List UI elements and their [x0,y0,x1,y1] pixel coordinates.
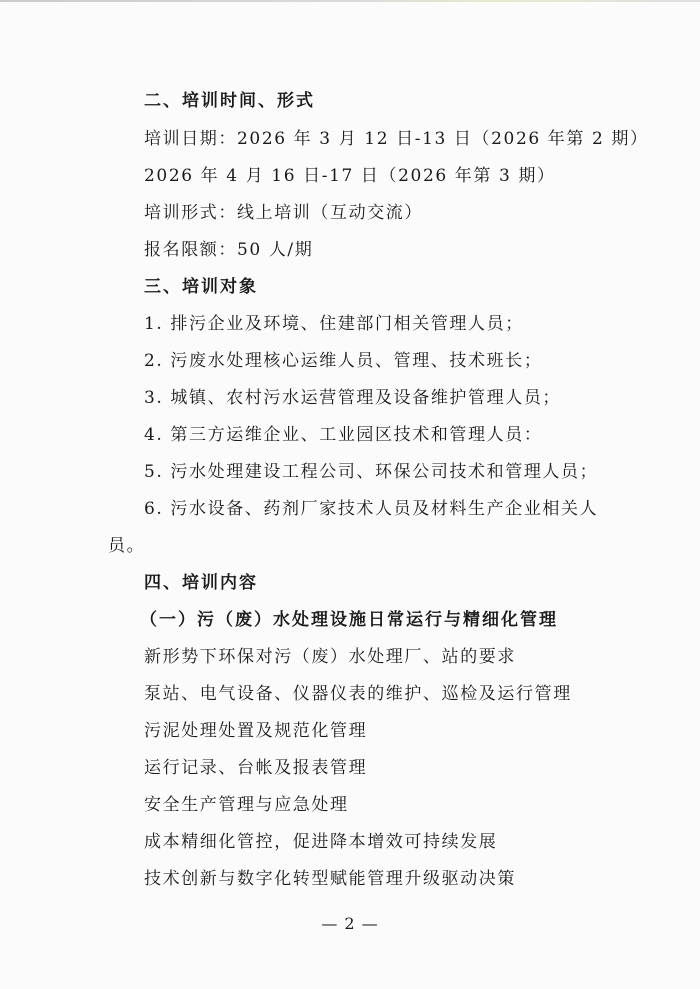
enrollment-limit-line: 报名限额：50 人/期 [144,239,313,261]
content-topic-6: 成本精细化管控，促进降本增效可持续发展 [144,831,497,853]
subsection-heading-daily-operation: （一）污（废）水处理设施日常运行与精细化管理 [140,609,558,631]
content-topic-7: 技术创新与数字化转型赋能管理升级驱动决策 [144,868,516,890]
target-item-1: 1. 排污企业及环境、住建部门相关管理人员； [144,313,524,335]
target-item-6-wrap: 员。 [108,535,145,557]
page-top-edge [0,0,700,2]
content-topic-2: 泵站、电气设备、仪器仪表的维护、巡检及运行管理 [144,683,572,705]
target-item-3: 3. 城镇、农村污水运营管理及设备维护管理人员； [144,387,561,409]
content-topic-4: 运行记录、台帐及报表管理 [144,757,367,779]
training-format-line: 培训形式：线上培训（互动交流） [144,202,423,224]
content-topic-5: 安全生产管理与应急处理 [144,794,349,816]
target-item-5: 5. 污水处理建设工程公司、环保公司技术和管理人员； [144,461,598,483]
target-item-6: 6. 污水设备、药剂厂家技术人员及材料生产企业相关人 [144,498,598,520]
section-heading-training-content: 四、培训内容 [144,572,258,594]
training-date-line-1: 培训日期：2026 年 3 月 12 日-13 日（2026 年第 2 期） [144,128,649,150]
section-heading-training-targets: 三、培训对象 [144,276,258,298]
training-date-line-2: 2026 年 4 月 16 日-17 日（2026 年第 3 期） [144,165,556,187]
page-number: — 2 — [0,914,700,933]
target-item-2: 2. 污废水处理核心运维人员、管理、技术班长； [144,350,542,372]
content-topic-3: 污泥处理处置及规范化管理 [144,720,367,742]
section-heading-training-time: 二、培训时间、形式 [144,90,315,112]
content-topic-1: 新形势下环保对污（废）水处理厂、站的要求 [144,646,516,668]
target-item-4: 4. 第三方运维企业、工业园区技术和管理人员： [144,424,542,446]
